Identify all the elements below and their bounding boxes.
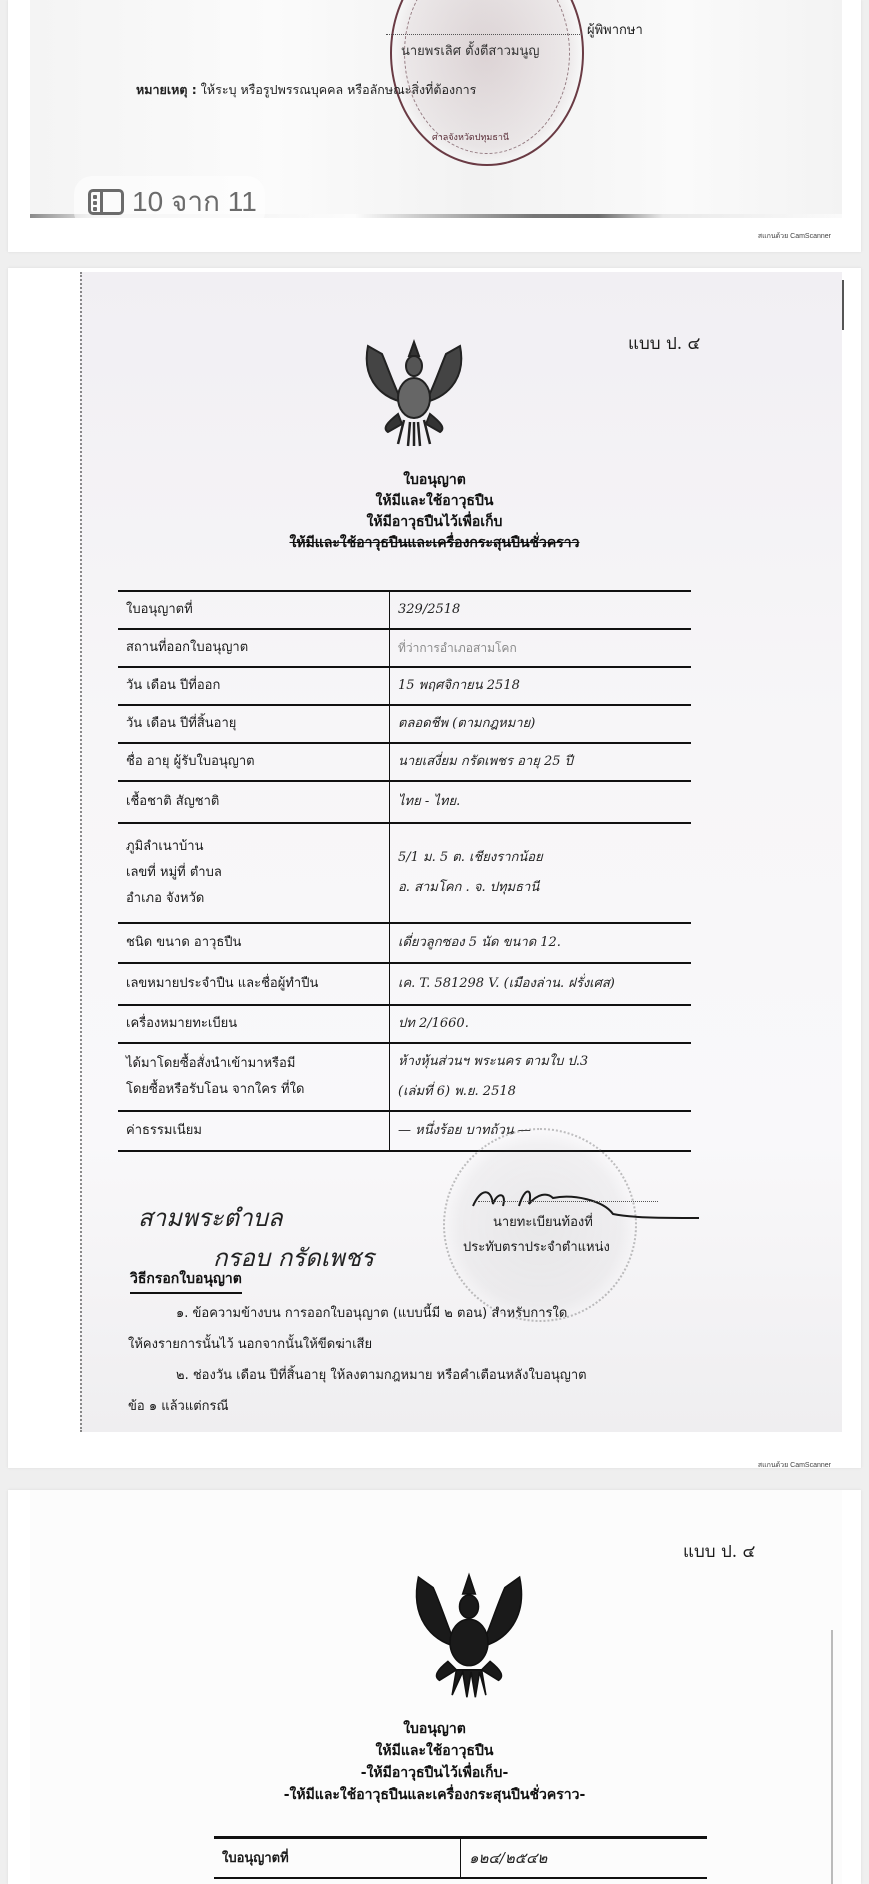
judge-name: นายพรเลิศ ตั้งตีสาวมนูญ	[401, 40, 539, 61]
row-label: วัน เดือน ปีที่ออก	[118, 667, 390, 705]
table-row: ใบอนุญาตที่329/2518	[118, 591, 691, 629]
row-label: ชนิด ขนาด อาวุธปืน	[118, 923, 390, 963]
stamp-caption: ประทับตราประจำตำแหน่ง	[463, 1236, 610, 1257]
table-row: ภูมิลำเนาบ้าน เลขที่ หมู่ที่ ตำบล อำเภอ …	[118, 823, 691, 923]
handwritten-note: สามพระตำบล	[138, 1198, 283, 1237]
row-value: เค. T. 581298 V. (เมืองล่าน. ฝรั่งเศส)	[390, 963, 692, 1005]
remark: หมายเหตุ : ให้ระบุ หรือรูปพรรณบุคคล หรือ…	[136, 80, 476, 100]
row-value: ไทย - ไทย.	[390, 781, 692, 823]
table-row: ชื่อ อายุ ผู้รับใบอนุญาตนายเสงี่ยม กรัดเ…	[118, 743, 691, 781]
signature-line	[386, 34, 582, 35]
table-row: เครื่องหมายทะเบียนปท 2/1660.	[118, 1005, 691, 1043]
row-value: เดี่ยวลูกซอง 5 นัด ขนาด 12.	[390, 923, 692, 963]
camscanner-watermark: สแกนด้วย CamScanner	[758, 1460, 831, 1468]
table-row: ใบอนุญาตที่ ๑๒๔/๒๕๔๒	[214, 1838, 707, 1878]
form-code: แบบ ป. ๔	[628, 330, 700, 357]
row-value: 5/1 ม. 5 ต. เชียงรากน้อย อ. สามโคก . จ. …	[390, 823, 692, 923]
row-value: ตลอดชีพ (ตามกฎหมาย)	[390, 705, 692, 743]
row-value: นายเสงี่ยม กรัดเพชร อายุ 25 ปี	[390, 743, 692, 781]
row-label: ชื่อ อายุ ผู้รับใบอนุญาต	[118, 743, 390, 781]
row-label: ใบอนุญาตที่	[118, 591, 390, 629]
row-value: ๑๒๔/๒๕๔๒	[461, 1838, 708, 1878]
table-row: เชื้อชาติ สัญชาติไทย - ไทย.	[118, 781, 691, 823]
title-line: ใบอนุญาต	[8, 1718, 861, 1740]
certificate-title: ใบอนุญาต ให้มีและใช้อาวุธปืน -ให้มีอาวุธ…	[8, 1718, 861, 1806]
page-indicator-text: 10 จาก 11	[132, 180, 257, 224]
seal-caption: ศาลจังหวัดปทุมธานี	[432, 130, 509, 144]
row-value: ที่ว่าการอำเภอสามโคก	[390, 629, 692, 667]
title-line: ให้มีและใช้อาวุธปืนและเครื่องกระสุนปืนชั…	[8, 533, 861, 554]
title-line: ให้มีและใช้อาวุธปืน	[8, 1740, 861, 1762]
row-label: สถานที่ออกใบอนุญาต	[118, 629, 390, 667]
garuda-emblem-icon	[358, 336, 470, 448]
license-details-table: ใบอนุญาตที่ ๑๒๔/๒๕๔๒	[214, 1836, 707, 1879]
remark-text: ให้ระบุ หรือรูปพรรณบุคคล หรือลักษณะสิ่งท…	[201, 82, 477, 97]
title-line: ให้มีและใช้อาวุธปืน	[8, 491, 861, 512]
garuda-emblem-icon	[410, 1570, 528, 1698]
instruction-line: ๒. ช่องวัน เดือน ปีที่สิ้นอายุ ให้ลงตามก…	[128, 1360, 748, 1391]
certificate-title: ใบอนุญาต ให้มีและใช้อาวุธปืน ให้มีอาวุธป…	[8, 470, 861, 554]
sidebar-panel-icon	[88, 189, 124, 215]
table-row: ค่าธรรมเนียม— หนึ่งร้อย บาทถ้วน —	[118, 1111, 691, 1151]
scanned-page-10: แบบ ป. ๔ ใบอนุญาต ให้มีและใช้อาวุธปืน ให…	[8, 268, 861, 1468]
table-row: ได้มาโดยซื้อสั่งนำเข้ามาหรือมี โดยซื้อหร…	[118, 1043, 691, 1111]
instruction-line: ข้อ ๑ แล้วแต่กรณี	[128, 1391, 748, 1422]
page-indicator[interactable]: 10 จาก 11	[74, 176, 265, 230]
row-value: ปท 2/1660.	[390, 1005, 692, 1043]
remark-label: หมายเหตุ :	[136, 82, 197, 97]
row-label: วัน เดือน ปีที่สิ้นอายุ	[118, 705, 390, 743]
table-row: วัน เดือน ปีที่ออก15 พฤศจิกายน 2518	[118, 667, 691, 705]
title-line: -ให้มีอาวุธปืนไว้เพื่อเก็บ-	[8, 1762, 861, 1784]
row-label: เชื้อชาติ สัญชาติ	[118, 781, 390, 823]
instruction-line: ๑. ข้อความข้างบน การออกใบอนุญาต (แบบนี้ม…	[128, 1298, 748, 1329]
camscanner-watermark: สแกนด้วย CamScanner	[758, 231, 831, 242]
row-label: ภูมิลำเนาบ้าน เลขที่ หมู่ที่ ตำบล อำเภอ …	[118, 823, 390, 923]
title-line: -ให้มีและใช้อาวุธปืนและเครื่องกระสุนปืนช…	[8, 1784, 861, 1806]
row-label: ใบอนุญาตที่	[214, 1838, 461, 1878]
instructions: ๑. ข้อความข้างบน การออกใบอนุญาต (แบบนี้ม…	[128, 1298, 748, 1422]
table-row: เลขหมายประจำปืน และชื่อผู้ทำปืนเค. T. 58…	[118, 963, 691, 1005]
row-label: เลขหมายประจำปืน และชื่อผู้ทำปืน	[118, 963, 390, 1005]
judge-title: ผู้พิพากษา	[587, 19, 643, 40]
title-line: ให้มีอาวุธปืนไว้เพื่อเก็บ	[8, 512, 861, 533]
table-row: สถานที่ออกใบอนุญาตที่ว่าการอำเภอสามโคก	[118, 629, 691, 667]
signature-line	[478, 1201, 658, 1202]
license-details-table: ใบอนุญาตที่329/2518สถานที่ออกใบอนุญาตที่…	[118, 590, 691, 1152]
row-label: เครื่องหมายทะเบียน	[118, 1005, 390, 1043]
registrar-title: นายทะเบียนท้องที่	[493, 1211, 593, 1232]
scanned-page-9: ศาลจังหวัดปทุมธานี ผู้พิพากษา นายพรเลิศ …	[8, 0, 861, 252]
row-label: ได้มาโดยซื้อสั่งนำเข้ามาหรือมี โดยซื้อหร…	[118, 1043, 390, 1111]
row-value: 329/2518	[390, 591, 692, 629]
row-label: ค่าธรรมเนียม	[118, 1111, 390, 1151]
table-row: ชนิด ขนาด อาวุธปืนเดี่ยวลูกซอง 5 นัด ขนา…	[118, 923, 691, 963]
form-code: แบบ ป. ๔	[683, 1538, 755, 1565]
instructions-heading: วิธีกรอกใบอนุญาต	[130, 1268, 242, 1294]
instruction-line: ให้คงรายการนั้นไว้ นอกจากนั้นให้ขีดฆ่าเส…	[128, 1329, 748, 1360]
scan-edge	[80, 272, 82, 1432]
row-value: ห้างหุ้นส่วนฯ พระนคร ตามใบ ป.3 (เล่มที่ …	[390, 1043, 692, 1111]
row-value: 15 พฤศจิกายน 2518	[390, 667, 692, 705]
table-row: วัน เดือน ปีที่สิ้นอายุตลอดชีพ (ตามกฎหมา…	[118, 705, 691, 743]
scanned-page-11: แบบ ป. ๔ ใบอนุญาต ให้มีและใช้อาวุธปืน -ใ…	[8, 1490, 861, 1884]
title-line: ใบอนุญาต	[8, 470, 861, 491]
